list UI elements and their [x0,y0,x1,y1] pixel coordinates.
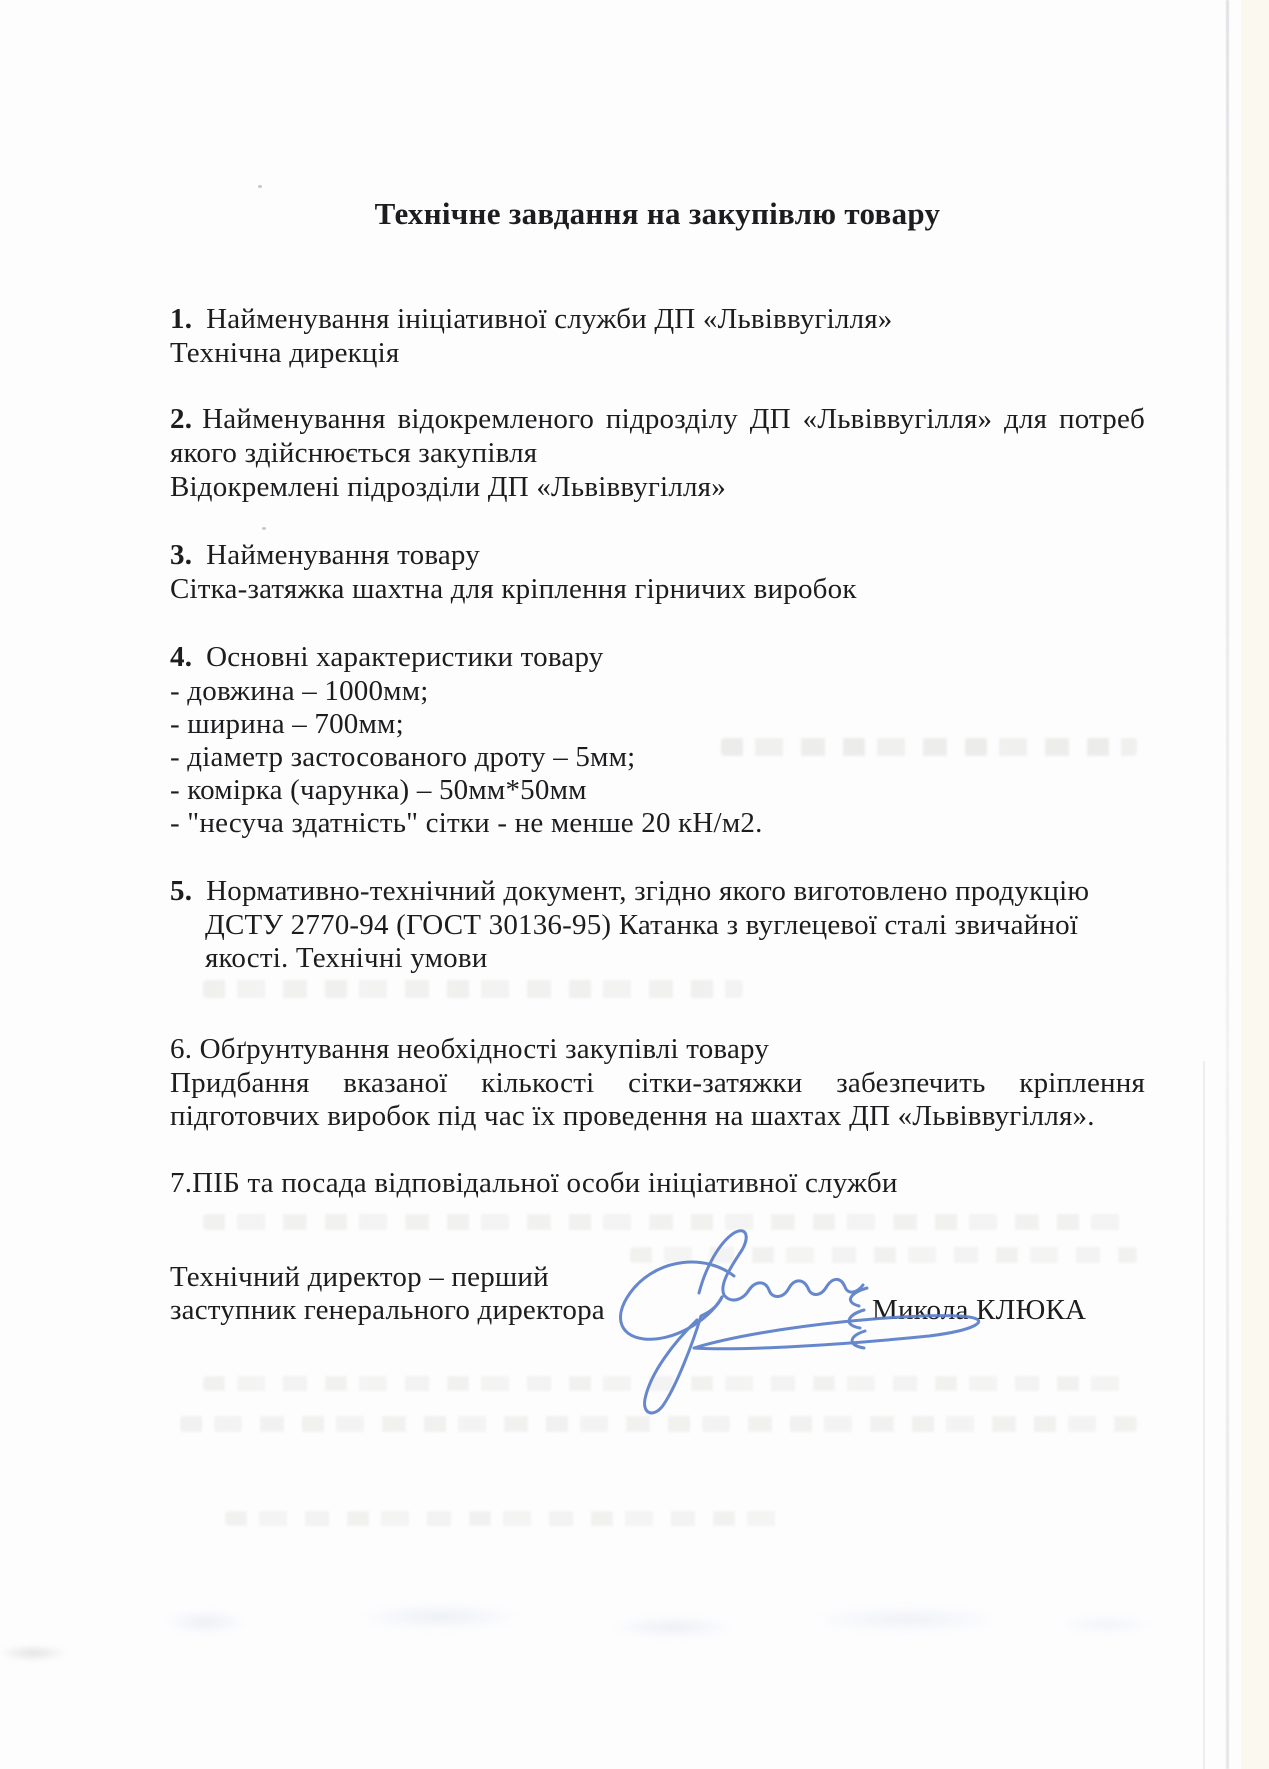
section-1-answer: Технічна дирекція [170,336,399,370]
document-page: Технічне завдання на закупівлю товару 1.… [0,0,1269,1769]
section-4-bullet-load-capacity: - "несуча здатність" сітки - не менше 20… [170,806,763,840]
section-1-heading: 1.Найменування ініціативної служби ДП «Л… [170,302,892,336]
page-title: Технічне завдання на закупівлю товару [170,196,1145,232]
section-3-answer: Сітка-затяжка шахтна для кріплення гірни… [170,572,857,606]
section-6-body-line-2: підготовчих виробок під час їх проведенн… [170,1099,1095,1133]
section-3-heading: 3.Найменування товару [170,538,480,572]
signature-stroke-descender [645,1297,722,1413]
section-7-heading: 7.ПІБ та посада відповідальної особи іні… [170,1166,898,1200]
signer-role-line-1: Технічний директор – перший [170,1260,549,1294]
section-3-heading-text: Найменування товару [206,539,480,571]
section-4-heading: 4.Основні характеристики товару [170,640,603,674]
section-4-heading-text: Основні характеристики товару [206,641,603,673]
section-5-heading-text: Нормативно-технічний документ, згідно як… [206,875,1089,907]
signature-stroke-oval [621,1262,734,1339]
section-4-bullet-wire-diameter: - діаметр застосованого дроту – 5мм; [170,740,635,774]
section-5-standard-line-cont: якості. Технічні умови [205,941,487,975]
bleed-through-artifact [203,980,743,998]
paper-speck [258,185,262,188]
section-1-heading-text: Найменування ініціативної служби ДП «Льв… [206,303,892,335]
section-5-number: 5. [170,875,192,907]
section-4-bullet-length: - довжина – 1000мм; [170,674,429,708]
scan-corner-mark [0,1638,110,1668]
section-5-heading: 5.Нормативно-технічний документ, згідно … [170,874,1089,908]
bleed-through-artifact [203,1214,1137,1230]
section-4-bullet-width: - ширина – 700мм; [170,707,404,741]
signer-role-line-2: заступник генерального директора [170,1293,605,1327]
section-4-bullet-cell-size: - комірка (чарунка) – 50мм*50мм [170,773,587,807]
section-2-number: 2. [170,403,192,435]
section-2-answer: Відокремлені підрозділи ДП «Львіввугілля… [170,470,726,504]
bleed-through-blotch [30,1596,1200,1648]
section-2-heading-text: Найменування відокремленого підрозділу Д… [202,403,1145,435]
section-4-number: 4. [170,641,192,673]
bleed-through-artifact [225,1511,788,1526]
bleed-through-artifact [721,738,1137,756]
bleed-through-artifact [203,1376,1137,1391]
scan-edge-band [1241,0,1269,1769]
paper-speck [262,527,266,530]
scan-crease-line [1226,0,1229,1769]
section-5-standard-line: ДСТУ 2770-94 (ГОСТ 30136-95) Катанка з в… [205,908,1078,942]
bleed-through-artifact [630,1247,1137,1263]
signature-stroke-underline [694,1316,979,1349]
section-6-heading: 6. Обґрунтування необхідності закупівлі … [170,1032,769,1066]
signature-stroke-zigzag [849,1288,867,1348]
scan-crease-line-2 [1203,1061,1205,1769]
bleed-through-artifact [180,1416,1137,1432]
section-3-number: 3. [170,539,192,571]
signature-stroke-scrawl [724,1279,863,1300]
section-2-heading-cont: якого здійснюється закупівля [170,436,537,470]
section-1-number: 1. [170,303,192,335]
